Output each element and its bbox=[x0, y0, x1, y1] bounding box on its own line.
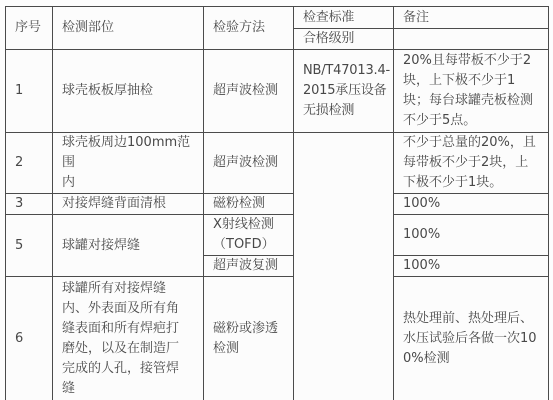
cell-remarks: 100% bbox=[394, 256, 549, 277]
cell-serial-no: 3 bbox=[6, 194, 53, 215]
header-cell-inspection-method: 检验方法 bbox=[204, 7, 294, 50]
cell-inspection-part: 对接焊缝背面清根 bbox=[53, 194, 204, 215]
cell-inspection-method-xray-tofd: X射线检测 （TOFD） bbox=[204, 215, 294, 256]
cell-inspection-method: 超声波检测 bbox=[204, 50, 294, 133]
table-row: 1 球壳板板厚抽检 超声波检测 NB/T47013.4- 2015承压设备 无损… bbox=[6, 50, 549, 133]
cell-inspection-method: 超声波检测 bbox=[204, 133, 294, 194]
table-row: 2 球壳板周边100mm范围 内 超声波检测 不少于总量的20%，且 每带板不少… bbox=[6, 133, 549, 194]
table-row: 6 球罐所有对接焊缝 内、外表面及所有角 缝表面和所有焊疤打 磨处，以及在制造厂… bbox=[6, 277, 549, 400]
cell-serial-no: 2 bbox=[6, 133, 53, 194]
cell-serial-no: 5 bbox=[6, 215, 53, 277]
cell-inspection-method-ultrasonic-recheck: 超声波复测 bbox=[204, 256, 294, 277]
table-row: 5 球罐对接焊缝 X射线检测 （TOFD） 100% bbox=[6, 215, 549, 256]
header-cell-qualification-grade: 合格级别 bbox=[294, 29, 394, 50]
cell-serial-no: 6 bbox=[6, 277, 53, 400]
cell-remarks: 不少于总量的20%，且 每带板不少于2块，上 下极不少于1块。 bbox=[394, 133, 549, 194]
cell-remarks: 热处理前、热处理后、 水压试验后各做一次10 0%检测 bbox=[394, 277, 549, 400]
document-page: 序号 检测部位 检验方法 检查标准 备注 合格级别 1 球壳板板厚抽检 超声波检… bbox=[0, 0, 553, 400]
cell-inspection-method: 磁粉或渗透 检测 bbox=[204, 277, 294, 400]
inspection-table: 序号 检测部位 检验方法 检查标准 备注 合格级别 1 球壳板板厚抽检 超声波检… bbox=[5, 6, 549, 400]
cell-remarks: 100% bbox=[394, 194, 549, 215]
cell-inspection-standard: NB/T47013.4- 2015承压设备 无损检测 bbox=[294, 50, 394, 133]
cell-inspection-standard-merged-empty bbox=[294, 133, 394, 400]
header-cell-serial-no: 序号 bbox=[6, 7, 53, 50]
cell-inspection-part: 球罐对接焊缝 bbox=[53, 215, 204, 277]
header-cell-remarks: 备注 bbox=[394, 7, 549, 29]
header-cell-inspection-standard: 检查标准 bbox=[294, 7, 394, 29]
cell-serial-no: 1 bbox=[6, 50, 53, 133]
cell-remarks: 100% bbox=[394, 215, 549, 256]
cell-remarks: 20%且每带板不少于2 块，上下极不少于1 块；每台球罐壳板检测 不少于5点。 bbox=[394, 50, 549, 133]
cell-inspection-part: 球罐所有对接焊缝 内、外表面及所有角 缝表面和所有焊疤打 磨处，以及在制造厂 完… bbox=[53, 277, 204, 400]
table-row: 3 对接焊缝背面清根 磁粉检测 100% bbox=[6, 194, 549, 215]
cell-inspection-part: 球壳板周边100mm范围 内 bbox=[53, 133, 204, 194]
cell-inspection-part: 球壳板板厚抽检 bbox=[53, 50, 204, 133]
cell-inspection-method: 磁粉检测 bbox=[204, 194, 294, 215]
header-cell-inspection-part: 检测部位 bbox=[53, 7, 204, 50]
header-cell-remarks-empty bbox=[394, 29, 549, 50]
